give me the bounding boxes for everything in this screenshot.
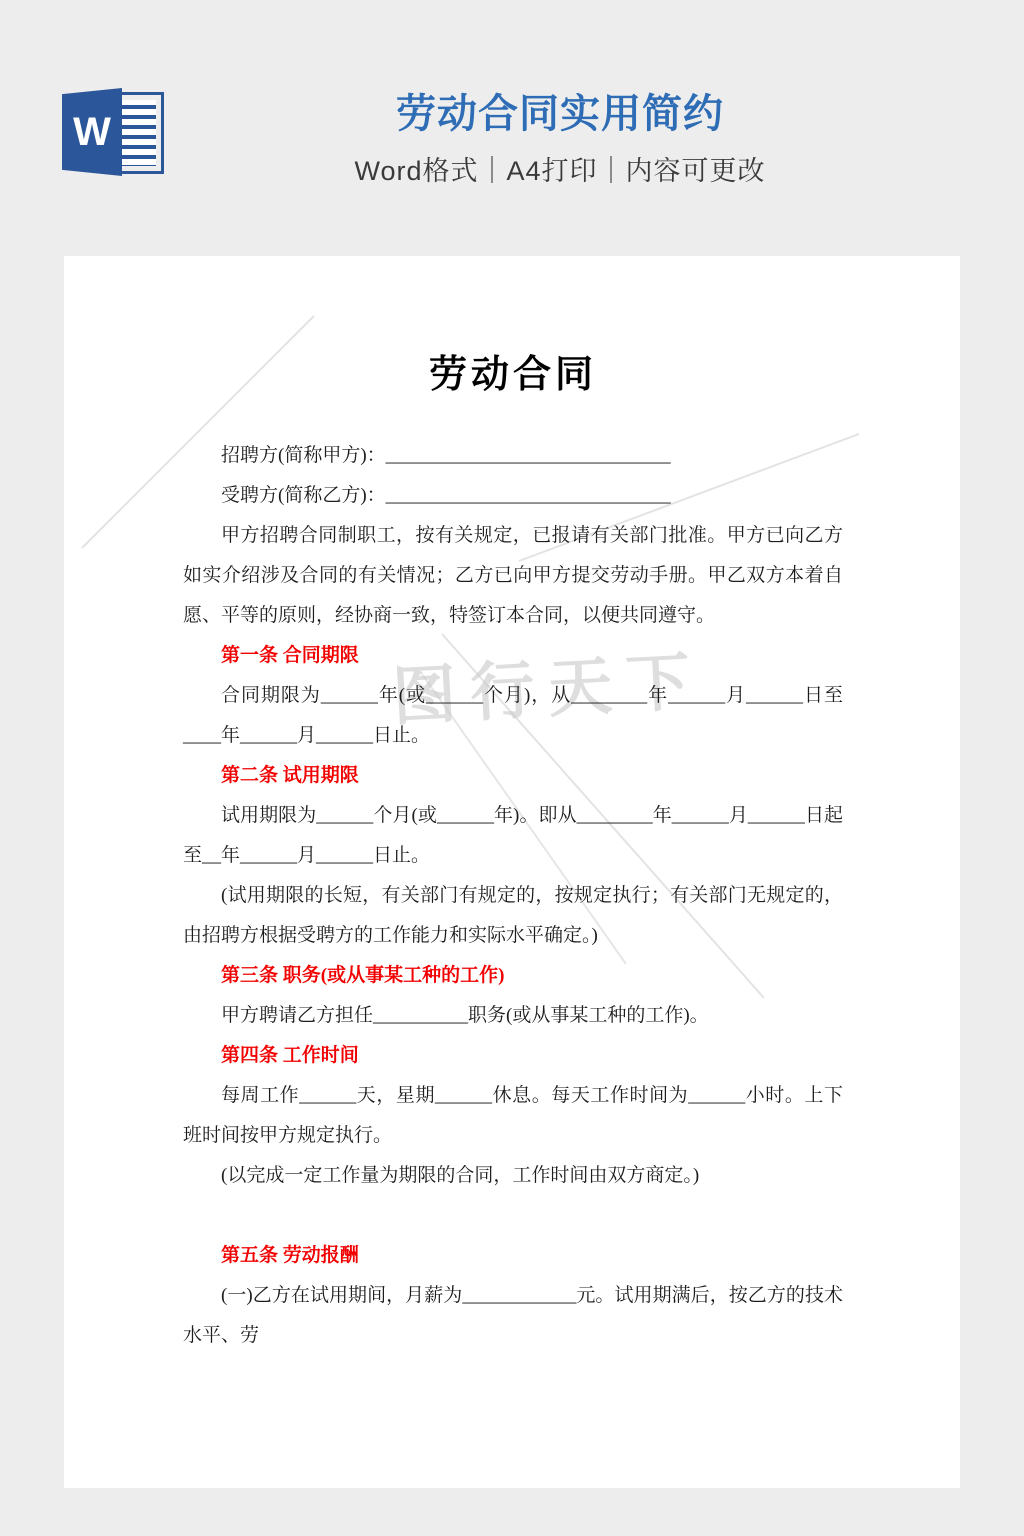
section-2-paragraph-2: (试用期限的长短，有关部门有规定的，按规定执行；有关部门无规定的，由招聘方根据受…: [183, 876, 843, 956]
header-text: 劳动合同实用简约 Word格式｜A4打印｜内容可更改: [96, 92, 1024, 188]
section-4-paragraph-1: 每周工作______天，星期______休息。每天工作时间为______小时。上…: [183, 1076, 843, 1156]
section-4-heading: 第四条 工作时间: [183, 1036, 843, 1076]
template-title: 劳动合同实用简约: [96, 92, 1024, 136]
document-page: 图行天下 劳动合同 招聘方(简称甲方)：____________________…: [64, 256, 960, 1488]
section-5-heading: 第五条 劳动报酬: [183, 1236, 843, 1276]
section-1-paragraph-1: 合同期限为______年(或______个月)，从________年______…: [183, 676, 843, 756]
section-5-paragraph-1: (一)乙方在试用期间，月薪为____________元。试用期满后，按乙方的技术…: [183, 1276, 843, 1356]
section-3-paragraph-1: 甲方聘请乙方担任__________职务(或从事某工种的工作)。: [183, 996, 843, 1036]
section-1-heading: 第一条 合同期限: [183, 636, 843, 676]
section-2-heading: 第二条 试用期限: [183, 756, 843, 796]
contract-body: 劳动合同 招聘方(简称甲方)：_________________________…: [64, 256, 960, 1356]
intro-paragraph: 甲方招聘合同制职工，按有关规定，已报请有关部门批准。甲方已向乙方如实介绍涉及合同…: [183, 516, 843, 636]
party-a-line: 招聘方(简称甲方)：______________________________: [183, 436, 843, 476]
template-subtitle: Word格式｜A4打印｜内容可更改: [96, 149, 1024, 188]
section-2-paragraph-1: 试用期限为______个月(或______年)。即从________年_____…: [183, 796, 843, 876]
contract-title: 劳动合同: [183, 352, 843, 398]
section-3-heading: 第三条 职务(或从事某工种的工作): [183, 956, 843, 996]
party-b-line: 受聘方(简称乙方)：______________________________: [183, 476, 843, 516]
section-4-paragraph-2: (以完成一定工作量为期限的合同，工作时间由双方商定。): [183, 1156, 843, 1196]
